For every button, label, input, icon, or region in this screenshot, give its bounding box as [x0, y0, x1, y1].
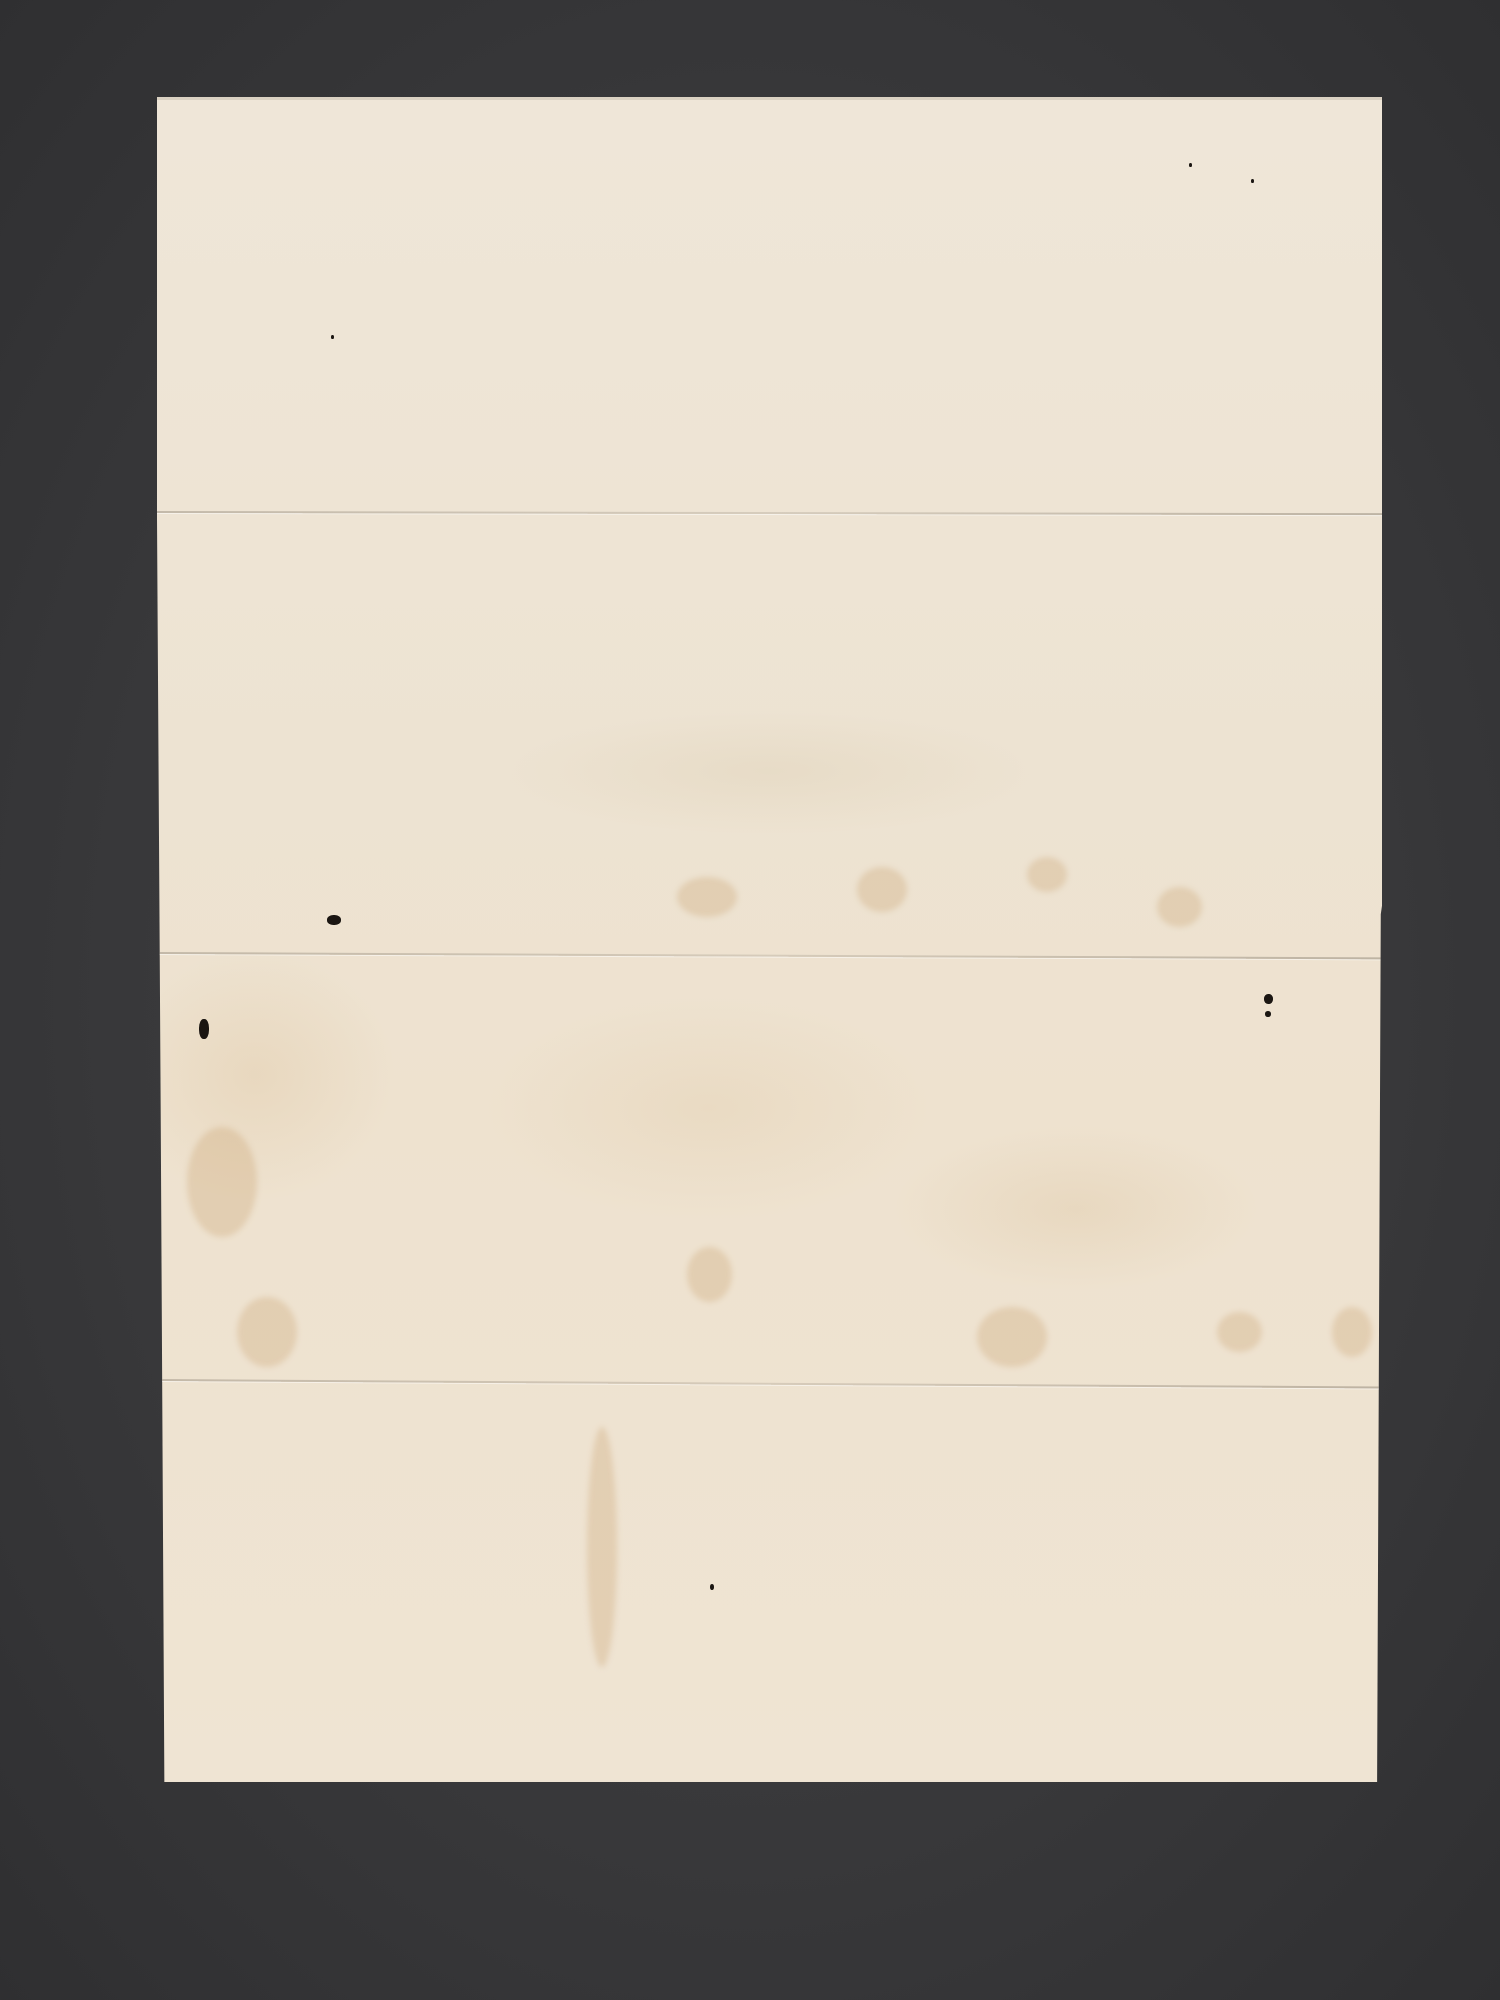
foxing-stain	[237, 1297, 297, 1367]
ink-speck	[1251, 179, 1254, 183]
aged-paper-sheet	[157, 97, 1382, 1782]
ink-speck	[710, 1584, 714, 1590]
paper-top-edge	[157, 97, 1382, 100]
foxing-stain	[587, 1427, 617, 1667]
ink-speck	[1265, 1011, 1271, 1017]
foxing-stain	[677, 877, 737, 917]
foxing-stain	[1027, 857, 1067, 892]
ink-speck	[1264, 994, 1273, 1004]
foxing-stain	[1217, 1312, 1262, 1352]
ink-speck	[199, 1019, 209, 1039]
ink-speck	[1189, 163, 1192, 167]
foxing-stain	[857, 867, 907, 912]
fold-line	[157, 952, 1382, 959]
foxing-stain	[1332, 1307, 1372, 1357]
ink-speck	[327, 915, 341, 925]
fold-line	[157, 1379, 1382, 1388]
foxing-stain	[1157, 887, 1202, 927]
foxing-stain	[187, 1127, 257, 1237]
foxing-stain	[687, 1247, 732, 1302]
fold-line	[157, 511, 1382, 515]
ink-speck	[331, 335, 334, 339]
foxing-stain	[977, 1307, 1047, 1367]
